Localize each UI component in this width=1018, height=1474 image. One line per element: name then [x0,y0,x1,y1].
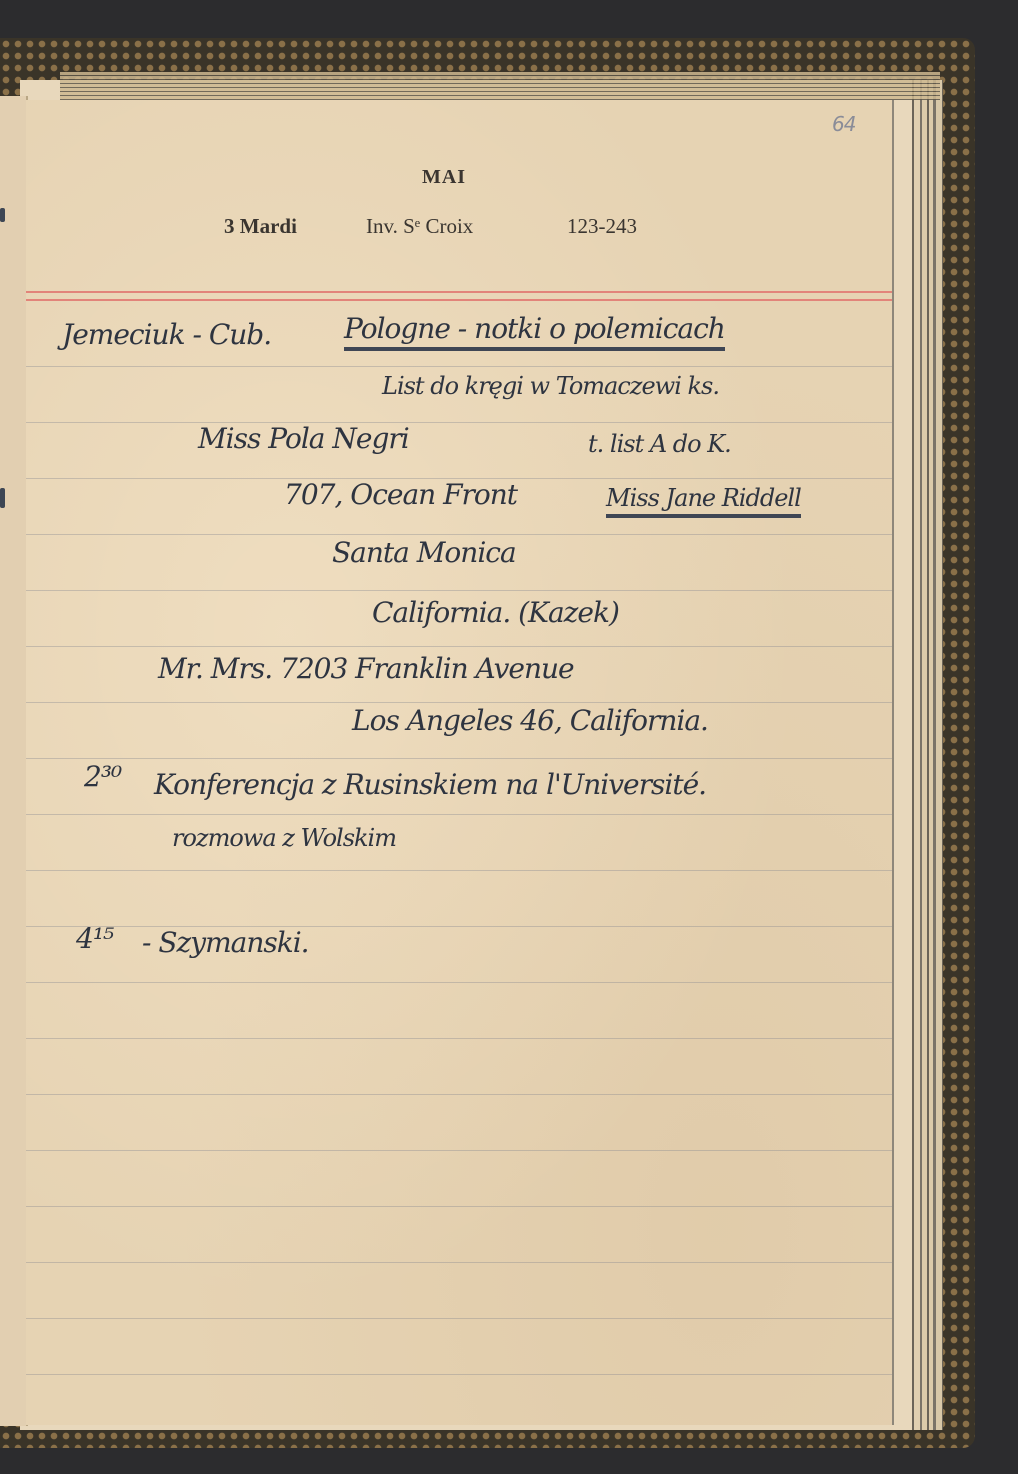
ruled-line [26,870,892,871]
ruled-line [26,758,892,759]
ruled-line [26,534,892,535]
ruled-line [26,1206,892,1207]
ruled-line [26,1150,892,1151]
handwritten-entry: - Szymanski. [142,926,309,959]
handwritten-entry: Mr. Mrs. 7203 Franklin Avenue [158,652,574,685]
red-rule-bottom [26,299,892,301]
handwritten-entry: t. list A do K. [588,430,731,458]
ruled-line [26,422,892,423]
day-counter: 123-243 [567,214,637,239]
ruled-line [26,982,892,983]
underlined-text: Miss Jane Riddell [606,484,801,518]
handwritten-time: 2³⁰ [84,760,121,793]
ruled-line [26,702,892,703]
date-label: 3 Mardi [224,214,297,239]
ruled-line [26,1374,892,1375]
ruled-line [26,590,892,591]
handwritten-entry: List do kręgi w Tomaczewi ks. [382,372,719,400]
handwritten-entry: Konferencja z Rusinskiem na l'Université… [154,768,706,801]
handwritten-entry: rozmowa z Wolskim [172,824,396,852]
handwritten-time: 4¹⁵ [76,922,113,955]
ruled-line [26,1318,892,1319]
folio-number: 64 [832,112,855,136]
facing-left-page [0,96,28,1426]
feast-label: Inv. Sᵉ Croix [366,214,473,239]
diary-page: 64 MAI 3 Mardi Inv. Sᵉ Croix 123-243 Jem… [26,100,894,1425]
handwritten-entry: Pologne - notki o polemicach [344,312,725,345]
handwritten-entry: Miss Pola Negri [198,422,409,455]
ruled-line [26,1094,892,1095]
handwritten-entry: Los Angeles 46, California. [352,704,708,737]
ink-mark [0,488,5,508]
handwritten-entry: 707, Ocean Front [284,478,517,511]
red-rule-top [26,291,892,293]
handwritten-entry: Miss Jane Riddell [606,484,801,512]
ruled-line [26,1038,892,1039]
underlined-text: Pologne - notki o polemicach [344,312,725,351]
handwritten-entry: Santa Monica [332,536,516,569]
handwritten-entry: California. (Kazek) [372,596,619,629]
ink-mark [0,208,5,222]
handwritten-entry: Jemeciuk - Cub. [62,318,271,351]
ruled-line [26,814,892,815]
ruled-line [26,646,892,647]
top-page-edges [60,72,940,100]
ruled-line [26,1262,892,1263]
ruled-line [26,366,892,367]
month-heading: MAI [26,166,892,189]
